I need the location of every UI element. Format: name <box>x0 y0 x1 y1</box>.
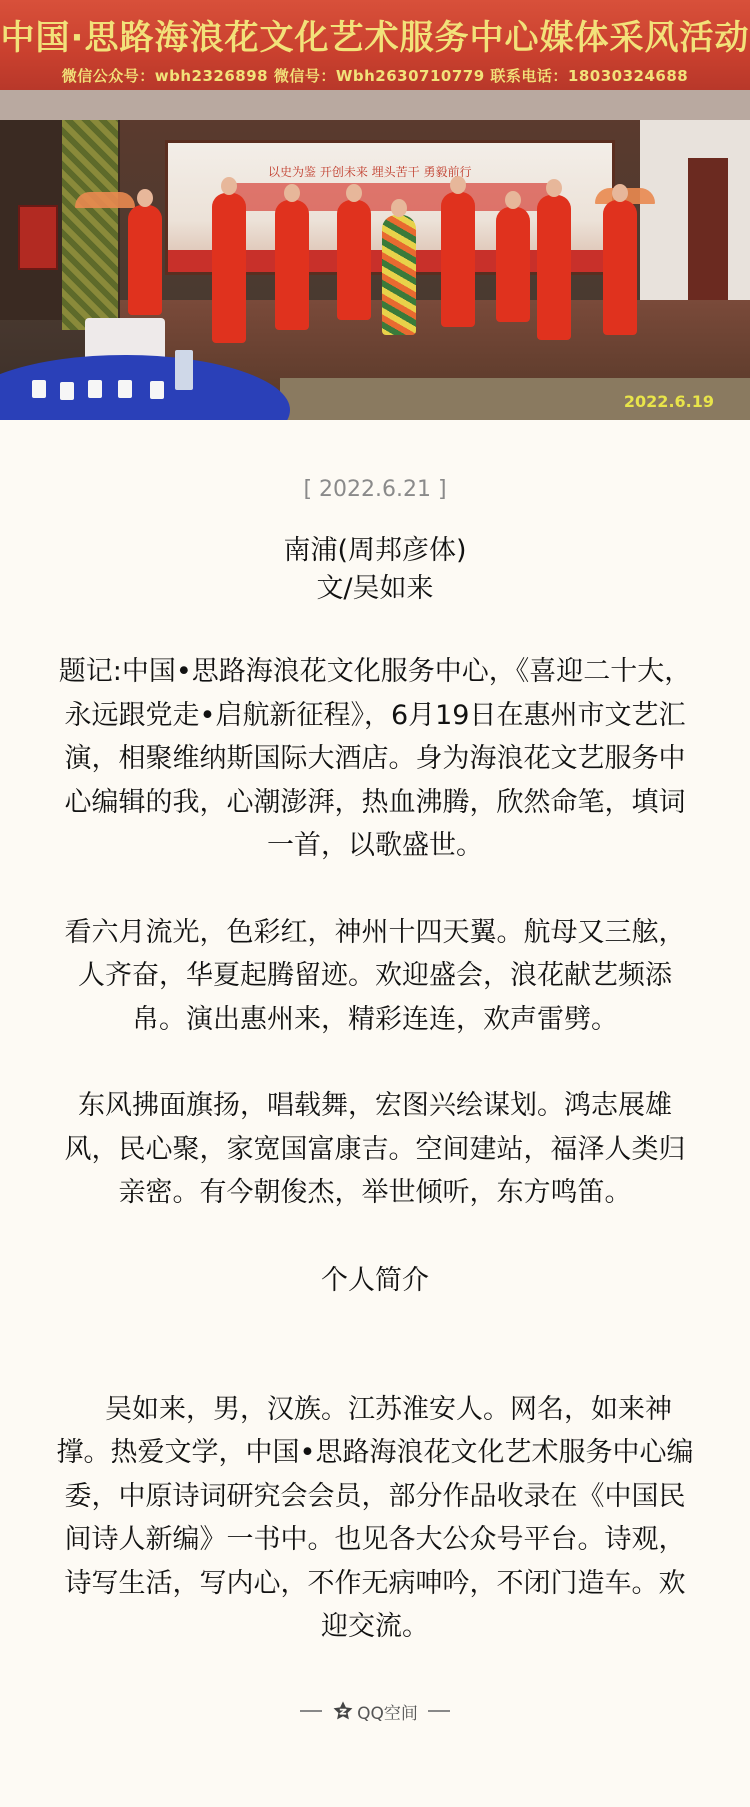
dancer <box>212 193 246 343</box>
wall-poster <box>18 205 58 270</box>
water-bottle <box>175 350 193 390</box>
dancer <box>382 215 416 335</box>
banner-title: 中国·思路海浪花文化艺术服务中心媒体采风活动 <box>0 0 750 59</box>
wall-pattern <box>62 120 118 330</box>
ceiling <box>0 90 750 120</box>
cup <box>150 381 164 399</box>
preface-paragraph: 题记:中国•思路海浪花文化服务中心，《喜迎二十大，永远跟党走•启航新征程》，6月… <box>55 650 695 868</box>
cup <box>32 380 46 398</box>
post-date: [ 2022.6.21 ] <box>0 477 750 502</box>
screen-slogan: 以史为鉴 开创未来 埋头苦干 勇毅前行 <box>268 163 471 180</box>
divider-left <box>300 1710 322 1712</box>
poem-title: 南浦(周邦彦体) <box>0 532 750 570</box>
dancer <box>128 205 162 315</box>
cup <box>118 380 132 398</box>
cup <box>88 380 102 398</box>
article: [ 2022.6.21 ] 南浦(周邦彦体) 文/吴如来 题记:中国•思路海浪花… <box>0 477 750 1776</box>
door <box>688 158 728 318</box>
photo-date-stamp: 2022.6.19 <box>624 392 714 411</box>
dancer <box>275 200 309 330</box>
qq-zone-star-icon <box>332 1700 354 1722</box>
author-bio: 吴如来，男，汉族。江苏淮安人。网名，如来神撑。热爱文学，中国•思路海浪花文化艺术… <box>55 1388 695 1649</box>
dancer <box>337 200 371 320</box>
banner-subtitle: 微信公众号：wbh2326898 微信号：Wbh2630710779 联系电话：… <box>0 65 750 86</box>
brand-label: QQ空间 <box>357 1699 418 1724</box>
footer-source[interactable]: QQ空间 <box>0 1699 750 1746</box>
photo-banner: 中国·思路海浪花文化艺术服务中心媒体采风活动 微信公众号：wbh2326898 … <box>0 0 750 90</box>
dancer <box>496 207 530 322</box>
header-photo: 中国·思路海浪花文化艺术服务中心媒体采风活动 微信公众号：wbh2326898 … <box>0 0 750 420</box>
qq-zone-brand[interactable]: QQ空间 <box>332 1699 418 1724</box>
cup <box>60 382 74 400</box>
byline: 文/吴如来 <box>0 570 750 608</box>
divider-right <box>428 1710 450 1712</box>
dancer <box>441 192 475 327</box>
dancer <box>603 200 637 335</box>
umbrella <box>75 192 135 208</box>
bio-heading: 个人简介 <box>0 1259 750 1302</box>
poem-stanza-2: 东风拂面旗扬，唱载舞，宏图兴绘谋划。鸿志展雄风，民心聚，家宽国富康吉。空间建站，… <box>55 1084 695 1215</box>
poem-stanza-1: 看六月流光，色彩红，神州十四天翼。航母又三舷，人齐奋，华夏起腾留迹。欢迎盛会，浪… <box>55 911 695 1042</box>
dancer <box>537 195 571 340</box>
